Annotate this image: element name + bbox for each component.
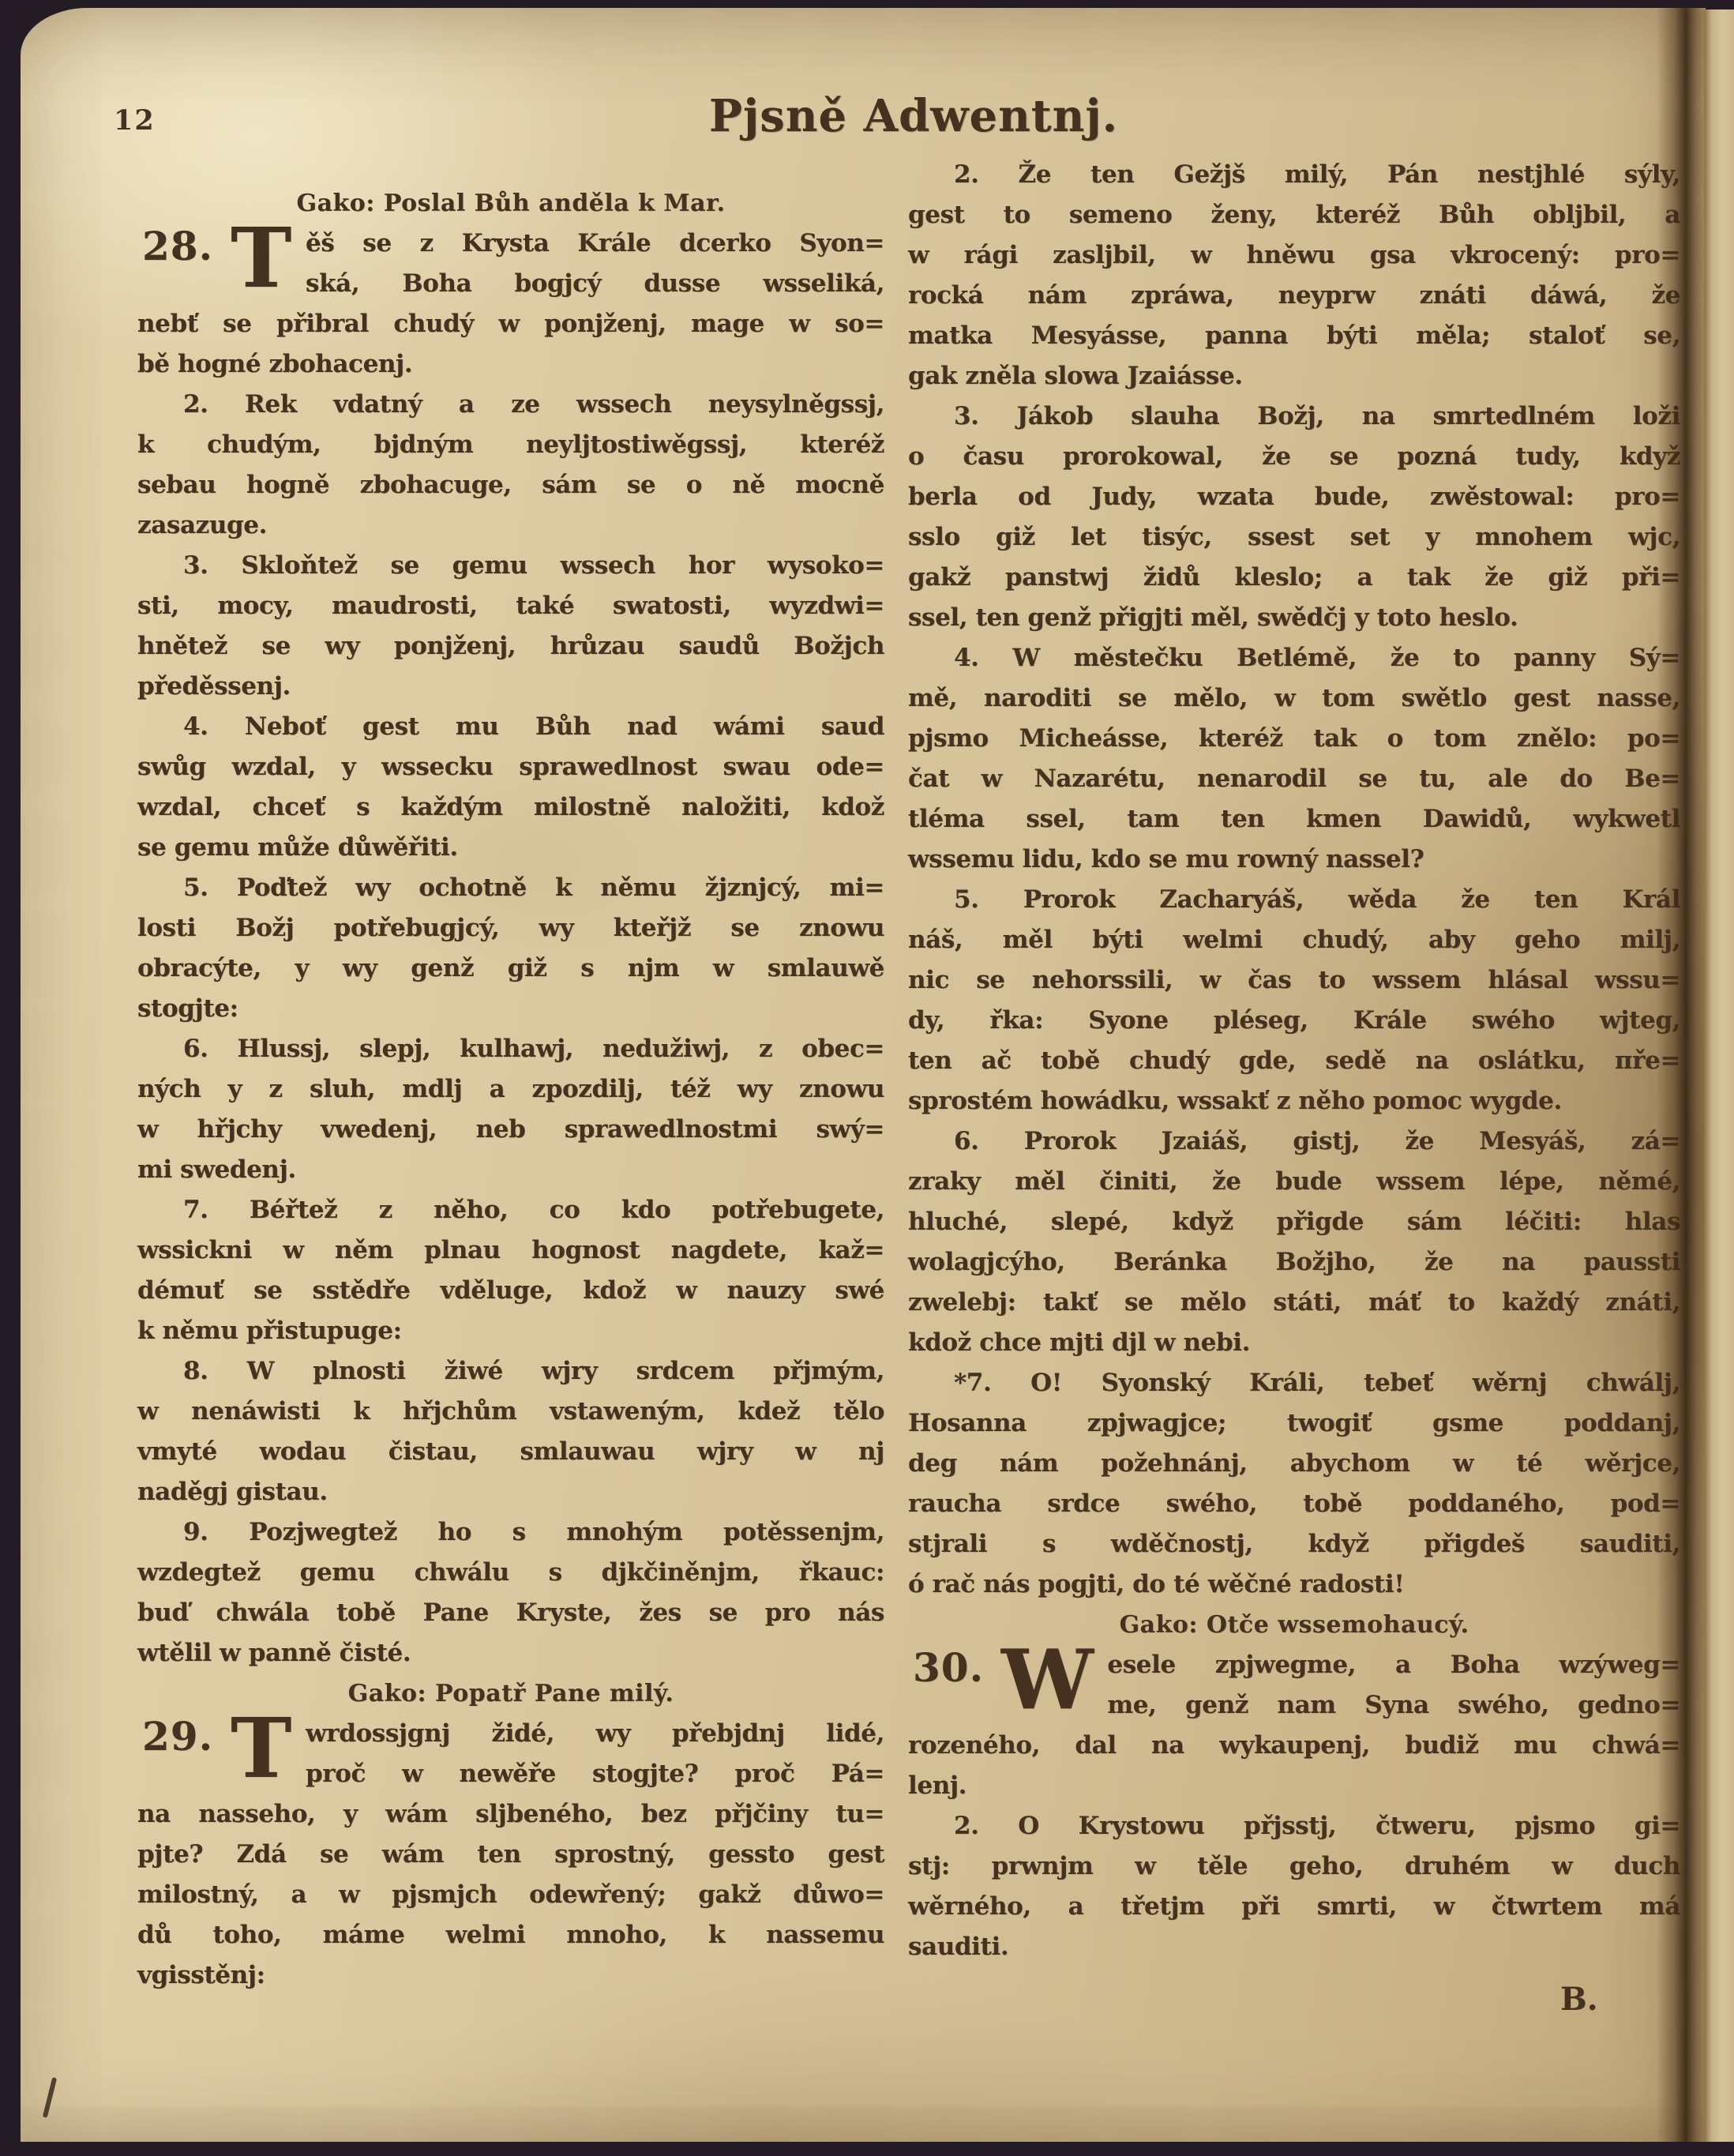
verse-line: předěssenj. [137, 667, 884, 707]
verse-line: na nasseho, y wám sljbeného, bez přjčiny… [137, 1794, 884, 1835]
verse-line: buď chwála tobě Pane Kryste, žes se pro … [137, 1593, 884, 1633]
verse-line: 6. Hlussj, slepj, kulhawj, nedužiwj, z o… [137, 1029, 884, 1069]
verse-line: Hosanna zpjwagjce; twogiť gsme poddanj, [908, 1403, 1680, 1444]
verse-line: zasazuge. [137, 505, 884, 546]
hymn-stanza: 4. Neboť gest mu Bůh nad wámi saudswůg w… [137, 707, 884, 868]
hymn-stanza: 8. W plnosti žiwé wjry srdcem přjmým,w n… [137, 1351, 884, 1512]
verse-line: náš, měl býti welmi chudý, aby geho milj… [908, 920, 1680, 960]
page-title: Pjsně Adwentnj. [709, 90, 1118, 142]
verse-line: hnětež se wy ponjženj, hrůzau saudů Božj… [137, 626, 884, 667]
verse-line: démuť se sstědře vděluge, kdož w nauzy s… [137, 1271, 884, 1311]
verse-line: w hřjchy vwedenj, neb sprawedlnostmi swý… [137, 1110, 884, 1150]
page-leaf: 12 Pjsně Adwentnj. Gako: Poslal Bůh andě… [21, 8, 1706, 2142]
hymn-stanza: 6. Prorok Jzaiáš, gistj, že Mesyáš, zá=z… [908, 1121, 1680, 1363]
hymn-stanza: 9. Pozjwegtež ho s mnohým potěssenjm,wzd… [137, 1512, 884, 1673]
verse-line: dů toho, máme welmi mnoho, k nassemu [137, 1915, 884, 1955]
verse-line: w nenáwisti k hřjchům vstaweným, kdež tě… [137, 1392, 884, 1432]
left-column: Gako: Poslal Bůh anděla k Mar.28.Těš se … [137, 183, 884, 1996]
verse-line: sslo giž let tisýc, ssest set y mnohem w… [908, 517, 1680, 558]
hymn-stanza: 3. Skloňtež se gemu wssech hor wysoko=st… [137, 546, 884, 707]
verse-line: 2. Že ten Gežjš milý, Pán nestjhlé sýly, [908, 155, 1680, 195]
verse-line: stjrali s wděčnostj, když přigdeš saudit… [908, 1524, 1680, 1564]
verse-line: sauditi. [908, 1927, 1680, 1967]
drop-cap-initial: W [1001, 1643, 1093, 1716]
hymn-verse-start: 29.Twrdossjgnj židé, wy přebjdnj lidé,pr… [137, 1714, 884, 1996]
verse-line: w rági zasljbil, w hněwu gsa vkrocený: p… [908, 235, 1680, 276]
hymn-stanza: 5. Poďtež wy ochotně k němu žjznjcý, mi=… [137, 868, 884, 1029]
signature-mark: B. [1560, 1981, 1598, 2018]
verse-line: stogjte: [137, 989, 884, 1029]
hymn-stanza: *7. O! Syonský Králi, tebeť wěrnj chwálj… [908, 1363, 1680, 1605]
hymn-stanza: 2. Že ten Gežjš milý, Pán nestjhlé sýly,… [908, 155, 1680, 396]
verse-line: hluché, slepé, když přigde sám léčiti: h… [908, 1202, 1680, 1242]
verse-line: mi swedenj. [137, 1150, 884, 1190]
verse-line: rozeného, dal na wykaupenj, budiž mu chw… [908, 1726, 1680, 1766]
verse-line: wssickni w něm plnau hognost nagdete, ka… [137, 1230, 884, 1271]
verse-line: 4. Neboť gest mu Bůh nad wámi saud [137, 707, 884, 747]
verse-line: nic se nehorssili, w čas to wssem hlásal… [908, 960, 1680, 1001]
verse-line: 2. O Krystowu přjsstj, čtweru, pjsmo gi= [908, 1806, 1680, 1846]
verse-line: sti, mocy, maudrosti, také swatosti, wyz… [137, 586, 884, 626]
hymn-stanza: 6. Hlussj, slepj, kulhawj, nedužiwj, z o… [137, 1029, 884, 1190]
verse-line: wtělil w panně čisté. [137, 1633, 884, 1673]
verse-line: milostný, a w pjsmjch odewřený; gakž důw… [137, 1875, 884, 1915]
verse-line: ó rač nás pogjti, do té wěčné radosti! [908, 1564, 1680, 1605]
hymn-stanza: 4. W městečku Betlémě, že to panny Sý=mě… [908, 638, 1680, 880]
book-scan: 12 Pjsně Adwentnj. Gako: Poslal Bůh andě… [0, 0, 1734, 2156]
verse-line: se gemu může důwěřiti. [137, 828, 884, 868]
verse-line: tléma ssel, tam ten kmen Dawidů, wykwetl [908, 799, 1680, 839]
verse-line: deg nám požehnánj, abychom w té wěrjce, [908, 1444, 1680, 1484]
verse-line: 4. W městečku Betlémě, že to panny Sý= [908, 638, 1680, 678]
verse-line: o času prorokowal, že se pozná tudy, kdy… [908, 437, 1680, 477]
verse-line: wolagjcýho, Beránka Božjho, že na pausst… [908, 1242, 1680, 1283]
verse-line: k němu přistupuge: [137, 1311, 884, 1351]
verse-line: 3. Jákob slauha Božj, na smrtedlném loži [908, 396, 1680, 437]
verse-line: lenj. [908, 1766, 1680, 1806]
verse-line: vmyté wodau čistau, smlauwau wjry w nj [137, 1432, 884, 1472]
page-number: 12 [114, 104, 156, 137]
verse-line: zraky měl činiti, že bude wssem lépe, ně… [908, 1162, 1680, 1202]
verse-line: 5. Poďtež wy ochotně k němu žjznjcý, mi= [137, 868, 884, 908]
hymn-stanza: 7. Béřtež z něho, co kdo potřebugete,wss… [137, 1190, 884, 1351]
verse-line: čat w Nazarétu, nenarodil se tu, ale do … [908, 759, 1680, 799]
verse-line: stj: prwnjm w těle geho, druhém w duch [908, 1846, 1680, 1887]
verse-line: vgisstěnj: [137, 1955, 884, 1996]
verse-line: ných y z sluh, mdlj a zpozdilj, též wy z… [137, 1069, 884, 1110]
verse-line: wěrného, a třetjm při smrti, w čtwrtem m… [908, 1887, 1680, 1927]
verse-number: 29. [142, 1714, 213, 1760]
verse-line: *7. O! Syonský Králi, tebeť wěrnj chwálj… [908, 1363, 1680, 1403]
verse-line: wzdal, chceť s každým milostně naložiti,… [137, 787, 884, 828]
verse-line: naděgj gistau. [137, 1472, 884, 1512]
verse-line: 7. Béřtež z něho, co kdo potřebugete, [137, 1190, 884, 1230]
verse-line: zwelebj: takť se mělo státi, máť to každ… [908, 1283, 1680, 1323]
drop-cap-initial: T [231, 1712, 291, 1785]
drop-cap-initial: T [231, 222, 291, 295]
right-column: 2. Že ten Gežjš milý, Pán nestjhlé sýly,… [908, 155, 1680, 1967]
verse-line: 2. Rek vdatný a ze wssech neysylněgssj, [137, 385, 884, 425]
hymn-verse-start: 28.Těš se z Krysta Krále dcerko Syon=ská… [137, 223, 884, 385]
ink-mark [43, 2077, 57, 2118]
verse-line: berla od Judy, wzata bude, zwěstowal: pr… [908, 477, 1680, 517]
verse-line: 5. Prorok Zacharyáš, wěda že ten Král [908, 880, 1680, 920]
verse-line: 9. Pozjwegtež ho s mnohým potěssenjm, [137, 1512, 884, 1553]
hymn-verse-start: 30.Wesele zpjwegme, a Boha wzýweg=me, ge… [908, 1645, 1680, 1806]
verse-line: dy, řka: Syone pléseg, Krále swého wjteg… [908, 1001, 1680, 1041]
hymn-stanza: 2. Rek vdatný a ze wssech neysylněgssj,k… [137, 385, 884, 546]
verse-number: 28. [142, 223, 213, 269]
verse-number: 30. [913, 1645, 984, 1691]
verse-line: kdož chce mjti djl w nebi. [908, 1323, 1680, 1363]
verse-line: sebau hogně zbohacuge, sám se o ně mocně [137, 465, 884, 505]
verse-line: obracýte, y wy genž giž s njm w smlauwě [137, 948, 884, 989]
verse-line: raucha srdce swého, tobě poddaného, pod= [908, 1484, 1680, 1524]
verse-line: matka Mesyásse, panna býti měla; staloť … [908, 316, 1680, 356]
verse-heading: 29.T [137, 1714, 291, 1794]
verse-line: sprostém howádku, wssakť z něho pomoc wy… [908, 1081, 1680, 1121]
verse-line: pjte? Zdá se wám ten sprostný, gessto ge… [137, 1835, 884, 1875]
verse-line: gest to semeno ženy, kteréž Bůh obljbil,… [908, 195, 1680, 235]
verse-line: rocká nám zpráwa, neyprw znáti dáwá, že [908, 276, 1680, 316]
verse-line: pjsmo Micheásse, kteréž tak o tom znělo:… [908, 719, 1680, 759]
verse-line: wssemu lidu, kdo se mu rowný nassel? [908, 839, 1680, 880]
verse-line: 3. Skloňtež se gemu wssech hor wysoko= [137, 546, 884, 586]
verse-heading: 28.T [137, 223, 291, 304]
verse-line: 8. W plnosti žiwé wjry srdcem přjmým, [137, 1351, 884, 1392]
verse-line: swůg wzdal, y wssecku sprawedlnost swau … [137, 747, 884, 787]
verse-line: ten ač tobě chudý gde, sedě na oslátku, … [908, 1041, 1680, 1081]
hymn-stanza: 3. Jákob slauha Božj, na smrtedlném loži… [908, 396, 1680, 638]
hymn-stanza: 2. O Krystowu přjsstj, čtweru, pjsmo gi=… [908, 1806, 1680, 1967]
verse-line: nebť se přibral chudý w ponjženj, mage w… [137, 304, 884, 344]
verse-heading: 30.W [908, 1645, 1093, 1726]
verse-line: ssel, ten genž přigjti měl, swědčj y tot… [908, 598, 1680, 638]
verse-line: wzdegtež gemu chwálu s djkčiněnjm, řkauc… [137, 1553, 884, 1593]
verse-line: gakž panstwj židů kleslo; a tak že giž p… [908, 558, 1680, 598]
verse-line: k chudým, bjdným neyljtostiwěgssj, které… [137, 425, 884, 465]
verse-line: losti Božj potřebugjcý, wy kteřjž se zno… [137, 908, 884, 948]
next-page-edge [1704, 9, 1734, 2142]
hymn-stanza: 5. Prorok Zacharyáš, wěda že ten Králnáš… [908, 880, 1680, 1121]
verse-line: bě hogné zbohacenj. [137, 344, 884, 385]
verse-line: mě, naroditi se mělo, w tom swětlo gest … [908, 678, 1680, 719]
verse-line: gak zněla slowa Jzaiásse. [908, 356, 1680, 396]
verse-line: 6. Prorok Jzaiáš, gistj, že Mesyáš, zá= [908, 1121, 1680, 1162]
